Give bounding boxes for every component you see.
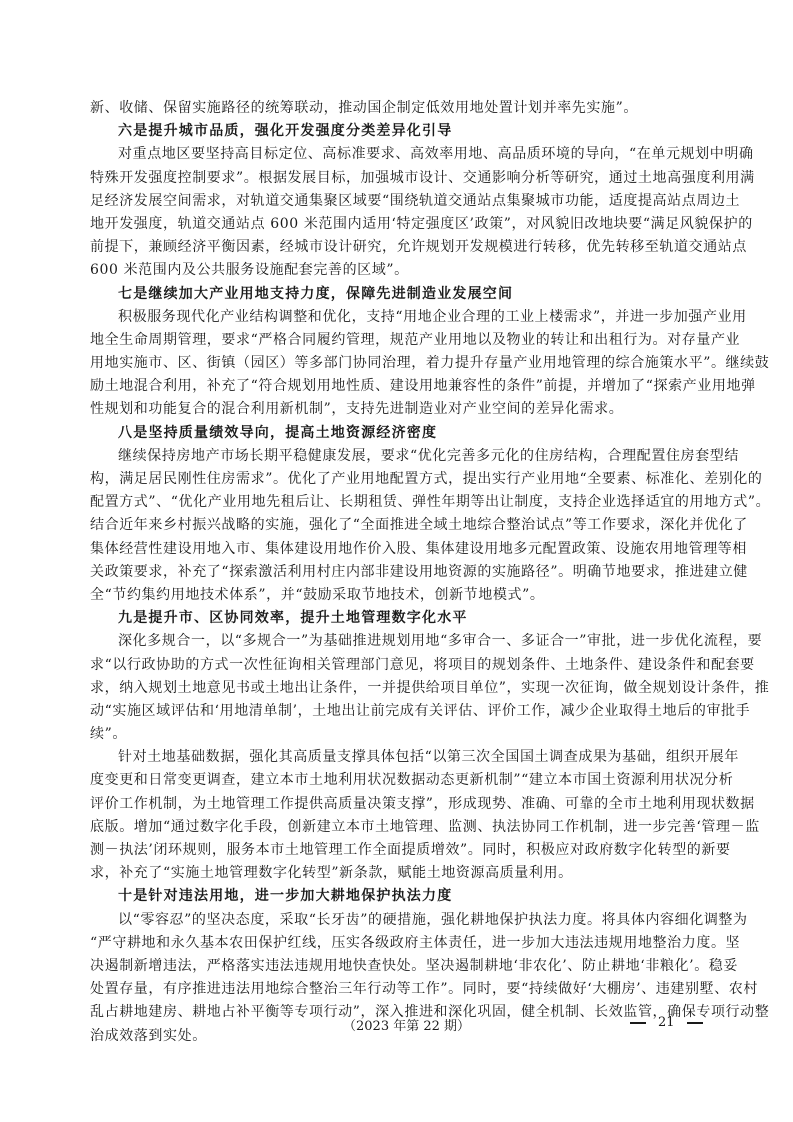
section-heading: 六是提升城市品质，强化开发强度分类差异化引导 <box>90 120 706 143</box>
paragraph-line: 用地实施市、区、街镇（园区）等多部门协同治理，着力提升存量产业用地管理的综合施策… <box>90 352 706 375</box>
paragraph-line: 结合近年来乡村振兴战略的实施，强化了“全面推进全域土地综合整治试点”等工作要求，… <box>90 514 706 537</box>
paragraph-line: 继续保持房地产市场长期平稳健康发展，要求“优化完善多元化的住房结构，合理配置住房… <box>90 445 706 468</box>
section-heading: 八是坚持质量绩效导向，提高土地资源经济密度 <box>90 422 706 445</box>
page-footer: （2023 年第 22 期） 21 <box>0 1013 793 1037</box>
paragraph-line: “严守耕地和永久基本农田保护红线，压实各级政府主体责任，进一步加大违法违规用地整… <box>90 932 706 955</box>
page-number-block: 21 <box>630 1015 703 1030</box>
paragraph-line: 求“以行政协助的方式一次性征询相关管理部门意见，将项目的规划条件、土地条件、建设… <box>90 654 706 677</box>
paragraph-line: 前提下，兼顾经济平衡因素，经城市设计研究，允许规划开发规模进行转移，优先转移至轨… <box>90 236 706 259</box>
paragraph-line: 新、收储、保留实施路径的统筹联动，推动国企制定低效用地处置计划并率先实施”。 <box>90 97 706 120</box>
paragraph-line: 以“零容忍”的坚决态度，采取“长牙齿”的硬措施，强化耕地保护执法力度。将具体内容… <box>90 909 706 932</box>
paragraph-line: 续”。 <box>90 723 706 746</box>
section-heading: 十是针对违法用地，进一步加大耕地保护执法力度 <box>90 885 706 908</box>
paragraph-line: 针对土地基础数据，强化其高质量支撑具体包括“以第三次全国国土调查成果为基础，组织… <box>90 746 706 769</box>
paragraph-line: 全“节约集约用地技术体系”，并“鼓励采取节地技术，创新节地模式”。 <box>90 584 706 607</box>
paragraph-line: 度变更和日常变更调查，建立本市土地利用状况数据动态更新机制”“建立本市国土资源利… <box>90 769 706 792</box>
paragraph-line: 决遏制新增违法，严格落实违法违规用地快查快处。坚决遏制耕地‘非农化’、防止耕地‘… <box>90 955 706 978</box>
paragraph-line: 配置方式”、“优化产业用地先租后让、长期租赁、弹性年期等出让制度，支持企业选择适… <box>90 491 706 514</box>
paragraph-line: 地开发强度，轨道交通站点 600 米范围内适用‘特定强度区’政策”，对风貌旧改地… <box>90 213 706 236</box>
paragraph-line: 处置存量，有序推进违法用地综合整治三年行动等工作”。同时，要“持续做好‘大棚房’… <box>90 978 706 1001</box>
paragraph-line: 测－执法’闭环规则，服务本市土地管理工作全面提质增效”。同时，积极应对政府数字化… <box>90 839 706 862</box>
dash-left-icon <box>630 1022 646 1024</box>
paragraph-line: 关政策要求，补充了“探索激活利用村庄内部非建设用地资源的实施路径”。明确节地要求… <box>90 561 706 584</box>
paragraph-line: 对重点地区要坚持高目标定位、高标准要求、高效率用地、高品质环境的导向，“在单元规… <box>90 143 706 166</box>
paragraph-line: 足经济发展空间需求，对轨道交通集聚区域要“围绕轨道交通站点集聚城市功能，适度提高… <box>90 190 706 213</box>
document-body: 新、收储、保留实施路径的统筹联动，推动国企制定低效用地处置计划并率先实施”。六是… <box>90 97 706 1048</box>
paragraph-line: 构，满足居民刚性住房需求”。优化了产业用地配置方式，提出实行产业用地“全要素、标… <box>90 468 706 491</box>
paragraph-line: 600 米范围内及公共服务设施配套完善的区域”。 <box>90 259 706 282</box>
paragraph-line: 励土地混合利用，补充了“符合规划用地性质、建设用地兼容性的条件”前提，并增加了“… <box>90 375 706 398</box>
paragraph-line: 积极服务现代化产业结构调整和优化，支持“用地企业合理的工业上楼需求”，并进一步加… <box>90 306 706 329</box>
issue-label: （2023 年第 22 期） <box>343 1015 470 1034</box>
paragraph-line: 特殊开发强度控制要求”。根据发展目标，加强城市设计、交通影响分析等研究，通过土地… <box>90 167 706 190</box>
page-number: 21 <box>658 1015 675 1030</box>
section-heading: 七是继续加大产业用地支持力度，保障先进制造业发展空间 <box>90 283 706 306</box>
section-heading: 九是提升市、区协同效率，提升土地管理数字化水平 <box>90 607 706 630</box>
paragraph-line: 求，纳入规划土地意见书或土地出让条件，一并提供给项目单位”，实现一次征询，做全规… <box>90 677 706 700</box>
paragraph-line: 评价工作机制，为土地管理工作提供高质量决策支撑”，形成现势、准确、可靠的全市土地… <box>90 793 706 816</box>
paragraph-line: 性规划和功能复合的混合利用新机制”，支持先进制造业对产业空间的差异化需求。 <box>90 398 706 421</box>
paragraph-line: 地全生命周期管理，要求“严格合同履约管理，规范产业用地以及物业的转让和出租行为。… <box>90 329 706 352</box>
paragraph-line: 动“实施区域评估和‘用地清单制’，土地出让前完成有关评估、评价工作，减少企业取得… <box>90 700 706 723</box>
paragraph-line: 深化多规合一，以“多规合一”为基础推进规划用地“多审合一、多证合一”审批，进一步… <box>90 630 706 653</box>
paragraph-line: 求，补充了“实施土地管理数字化转型”新条款，赋能土地资源高质量利用。 <box>90 862 706 885</box>
paragraph-line: 底版。增加“通过数字化手段，创新建立本市土地管理、监测、执法协同工作机制，进一步… <box>90 816 706 839</box>
paragraph-line: 集体经营性建设用地入市、集体建设用地作价入股、集体建设用地多元配置政策、设施农用… <box>90 538 706 561</box>
dash-right-icon <box>687 1022 703 1024</box>
